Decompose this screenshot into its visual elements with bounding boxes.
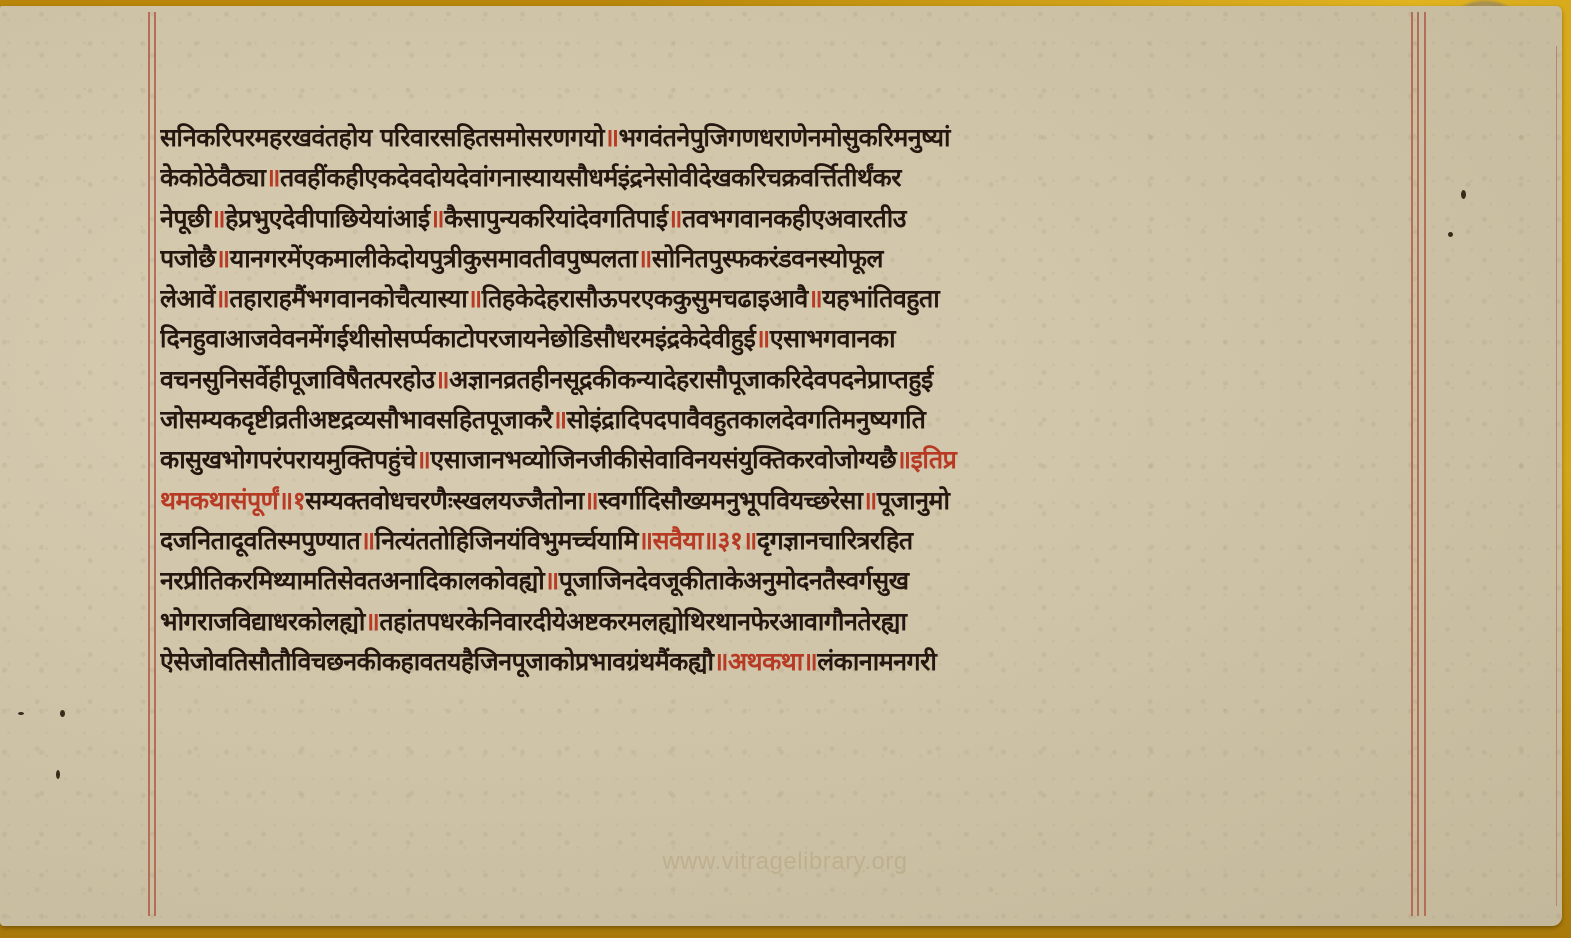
rubric-text: ॥ <box>215 284 229 313</box>
body-text: नरप्रीतिकरमिथ्यामतिसेवतअनादिकालकोवह्यो <box>160 566 544 595</box>
rubric-text: अथकथा <box>728 647 803 676</box>
body-text: सोनितपुस्फकरंडवनस्योफूल <box>652 244 883 273</box>
rubric-text: ॥ <box>862 486 876 515</box>
rubric-text: ॥ <box>808 284 822 313</box>
body-text: एसाभगवानका <box>770 324 895 353</box>
manuscript-line: नेपूछी॥हेप्रभुएदेवीपाछियेयांआई॥कैसापुन्य… <box>160 199 1412 239</box>
body-text: सम्यक्तवोधचरणैःस्खलयज्जैतोना <box>305 486 583 515</box>
ink-speck <box>1461 190 1466 199</box>
manuscript-line: दिनहुवाआजवेवनमेंगईथीसोसर्प्पकाटोपरजायनेछ… <box>160 319 1412 359</box>
manuscript-line: पजोछै॥यानगरमेंएकमालीकेदोयपुत्रीकुसमावतीव… <box>160 239 1412 279</box>
folio-edge-rule <box>1556 46 1557 906</box>
body-text: तहाराहमैंभगवानकोचैत्यास्या <box>229 284 467 313</box>
body-text: लंकानामनगरी <box>817 647 936 676</box>
ink-speck <box>18 712 24 715</box>
body-text: पूजानुमो <box>877 486 950 515</box>
body-text: सनिकरिपरमहरखवंतहोय परिवारसहितसमोसरणगयो <box>160 123 604 152</box>
body-text: एसाजानभव्योजिनजीकीसेवाविनयसंयुक्तिकरवोजो… <box>430 445 896 474</box>
rubric-text: सवैया <box>653 526 703 555</box>
body-text: तहांतपधरकेनिवारदीयेअष्टकरमलह्योथिरथानफेर… <box>379 607 906 636</box>
body-text: दजनितादूवतिस्मपुण्यात <box>160 526 360 555</box>
rubric-text: ॥१ <box>278 486 305 515</box>
manuscript-line: वचनसुनिसर्वेहीपूजाविषैतत्परहोउ॥अज्ञानव्र… <box>160 360 1412 400</box>
body-text: भोगराजविद्याधरकोलह्यो <box>160 607 365 636</box>
ink-speck <box>56 770 60 779</box>
body-text: सोइंद्रादिपदपावैवहुतकालदेवगतिमनुष्यगति <box>567 405 926 434</box>
body-text: नेपूछी <box>160 204 211 233</box>
body-text: हेप्रभुएदेवीपाछियेयांआई <box>225 204 430 233</box>
body-text: यानगरमेंएकमालीकेदोयपुत्रीकुसमावतीवपुष्पल… <box>230 244 638 273</box>
right-margin-rule <box>1424 12 1426 916</box>
body-text: भगवंतनेपुजिगणधराणेनमोसुकरिमनुष्यां <box>619 123 950 152</box>
body-text: कैसापुन्यकरियांदेवगतिपाई <box>444 204 667 233</box>
right-margin-rule <box>1417 12 1419 916</box>
manuscript-line: केकोठेवैठ्या॥तवहींकहीएकदेवदोयदेवांगनास्य… <box>160 158 1412 198</box>
rubric-text: ॥ <box>604 123 618 152</box>
rubric-text: ॥ <box>714 647 728 676</box>
rubric-text: ॥ <box>211 204 225 233</box>
body-text: लेआवें <box>160 284 215 313</box>
manuscript-line: कासुखभोगपरंपरायमुक्तिपहुंचे॥एसाजानभव्योज… <box>160 440 1412 480</box>
rubric-text: ॥ <box>552 405 566 434</box>
rubric-text: ॥ <box>637 244 651 273</box>
rubric-text: ॥ <box>360 526 374 555</box>
rubric-text: ॥ <box>435 365 449 394</box>
rubric-text: इतिप्र <box>911 445 957 474</box>
manuscript-line: जोसम्यकदृष्टीव्रतीअष्टद्रव्यसौभावसहितपूज… <box>160 400 1412 440</box>
body-text: तवभगवानकहीएअवारतीउ <box>682 204 906 233</box>
body-text: कासुखभोगपरंपरायमुक्तिपहुंचे <box>160 445 416 474</box>
body-text: ऐसेजोवतिसौतौविचछनकीकहावतयहैजिनपूजाकोप्रभ… <box>160 647 714 676</box>
body-text: पजोछै <box>160 244 215 273</box>
rubric-text: ॥ <box>584 486 598 515</box>
rubric-text: ॥ <box>803 647 817 676</box>
body-text: जोसम्यकदृष्टीव्रतीअष्टद्रव्यसौभावसहितपूज… <box>160 405 552 434</box>
body-text: तिहकेदेहरासौऊपरएककुसुमचढाइआवै <box>482 284 808 313</box>
body-text: यहभांतिवहुता <box>822 284 939 313</box>
ink-speck <box>60 710 65 717</box>
manuscript-folio: सनिकरिपरमहरखवंतहोय परिवारसहितसमोसरणगयो॥भ… <box>0 6 1562 926</box>
manuscript-line: भोगराजविद्याधरकोलह्यो॥तहांतपधरकेनिवारदीय… <box>160 602 1412 642</box>
manuscript-line: सनिकरिपरमहरखवंतहोय परिवारसहितसमोसरणगयो॥भ… <box>160 118 1412 158</box>
rubric-text: ॥ <box>638 526 652 555</box>
left-margin-rule <box>154 12 156 916</box>
rubric-text: ॥ <box>668 204 682 233</box>
body-text: वचनसुनिसर्वेहीपूजाविषैतत्परहोउ <box>160 365 435 394</box>
manuscript-line: थमकथासंपूर्णं॥१सम्यक्तवोधचरणैःस्खलयज्जैत… <box>160 481 1412 521</box>
body-text: नित्यंततोहिजिनयंविभुमर्च्चयामि <box>375 526 638 555</box>
rubric-text: ॥ <box>430 204 444 233</box>
rubric-text: ॥ <box>755 324 769 353</box>
manuscript-line: लेआवें॥तहाराहमैंभगवानकोचैत्यास्या॥तिहकेद… <box>160 279 1412 319</box>
rubric-text: ॥ <box>365 607 379 636</box>
body-text: स्वर्गादिसौख्यमनुभूपवियच्छरेसा <box>598 486 862 515</box>
ink-speck <box>1448 232 1453 237</box>
rubric-text: ॥ <box>215 244 229 273</box>
rubric-text: ॥ <box>416 445 430 474</box>
rubric-text: ॥ <box>544 566 558 595</box>
rubric-text: ॥ <box>467 284 481 313</box>
manuscript-line: नरप्रीतिकरमिथ्यामतिसेवतअनादिकालकोवह्यो॥प… <box>160 561 1412 601</box>
body-text: तवहींकहीएकदेवदोयदेवांगनास्यायसौधर्मइंद्र… <box>280 163 901 192</box>
manuscript-line: दजनितादूवतिस्मपुण्यात॥नित्यंततोहिजिनयंवि… <box>160 521 1412 561</box>
body-text: दृगज्ञानचारित्ररहित <box>757 526 913 555</box>
manuscript-text-block: सनिकरिपरमहरखवंतहोय परिवारसहितसमोसरणगयो॥भ… <box>160 118 1412 682</box>
rubric-text: ॥ <box>266 163 280 192</box>
manuscript-line: ऐसेजोवतिसौतौविचछनकीकहावतयहैजिनपूजाकोप्रभ… <box>160 642 1412 682</box>
watermark: www.vitragelibrary.org <box>625 848 945 876</box>
body-text: केकोठेवैठ्या <box>160 163 266 192</box>
rubric-text: थमकथासंपूर्णं <box>160 486 278 515</box>
body-text: अज्ञानव्रतहीनसूद्रकीकन्यादेहरासौपूजाकरिद… <box>449 365 933 394</box>
left-margin-rule <box>148 12 150 916</box>
rubric-text: ॥ <box>896 445 910 474</box>
body-text: पूजाजिनदेवजूकीताकेअनुमोदनतैस्वर्गसुख <box>559 566 909 595</box>
rubric-text: ॥३१॥ <box>703 526 757 555</box>
body-text: दिनहुवाआजवेवनमेंगईथीसोसर्प्पकाटोपरजायनेछ… <box>160 324 755 353</box>
